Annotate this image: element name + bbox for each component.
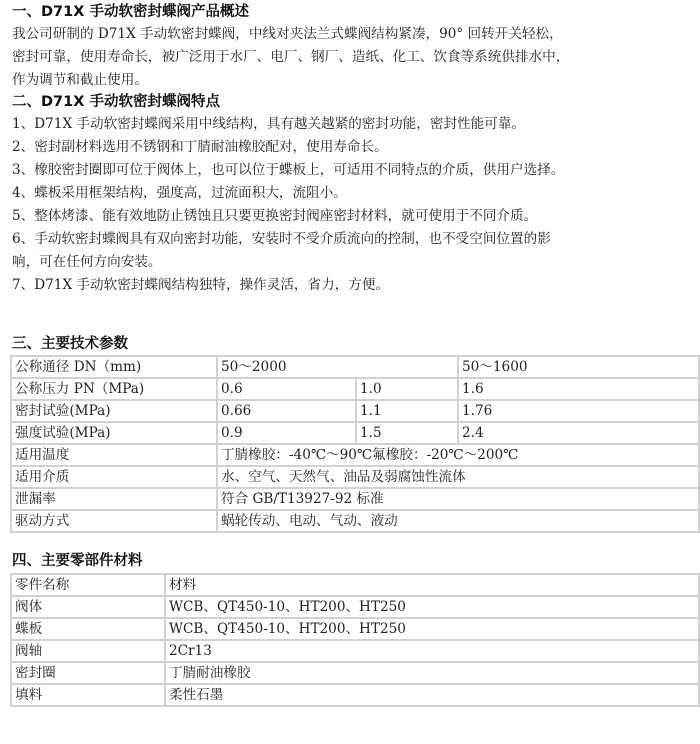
tech-params-table: 公称通径 DN（mm) 50～2000 50～1600 公称压力 PN（MPa)… bbox=[10, 355, 700, 533]
part-name: 阀轴 bbox=[11, 640, 165, 662]
param-label: 公称压力 PN（MPa) bbox=[11, 378, 217, 400]
table-header-row: 零件名称 材料 bbox=[11, 574, 699, 596]
feature-line-6: 6、手动软密封蝶阀具有双向密封功能，安装时不受介质流向的控制，也不受空间位置的影 bbox=[12, 229, 551, 249]
overview-line-2: 密封可靠，使用寿命长，被广泛用于水厂、电厂、钢厂、造纸、化工、饮食等系统供排水中… bbox=[12, 47, 569, 67]
feature-line-2: 2、密封副材料选用不锈钢和丁腈耐油橡胶配对，使用寿命长。 bbox=[12, 137, 388, 157]
part-name: 蝶板 bbox=[11, 618, 165, 640]
param-label: 强度试验(MPa) bbox=[11, 422, 217, 444]
part-name: 填料 bbox=[11, 684, 165, 706]
table-row: 适用介质 水、空气、天然气、油品及弱腐蚀性流体 bbox=[11, 466, 699, 488]
param-value: 丁腈橡胶：-40℃～90℃氟橡胶：-20℃～200℃ bbox=[217, 444, 699, 466]
feature-line-6-cont: 响，可在任何方向安装。 bbox=[12, 252, 162, 272]
param-value: 1.76 bbox=[458, 400, 699, 422]
param-value: 0.66 bbox=[217, 400, 356, 422]
param-label: 驱动方式 bbox=[11, 510, 217, 532]
table-row: 填料 柔性石墨 bbox=[11, 684, 699, 706]
part-material: 柔性石墨 bbox=[165, 684, 699, 706]
param-value: 0.6 bbox=[217, 378, 356, 400]
table-row: 阀轴 2Cr13 bbox=[11, 640, 699, 662]
part-material: WCB、QT450-10、HT200、HT250 bbox=[165, 618, 699, 640]
param-value: 1.1 bbox=[356, 400, 458, 422]
param-label: 适用介质 bbox=[11, 466, 217, 488]
feature-line-7: 7、D71X 手动软密封蝶阀结构独特，操作灵活，省力，方便。 bbox=[12, 275, 389, 295]
feature-line-3: 3、橡胶密封圈即可位于阀体上，也可以位于蝶板上，可适用不同特点的介质，供用户选择… bbox=[12, 160, 564, 180]
part-name: 阀体 bbox=[11, 596, 165, 618]
table-row: 密封试验(MPa) 0.66 1.1 1.76 bbox=[11, 400, 699, 422]
table-row: 适用温度 丁腈橡胶：-40℃～90℃氟橡胶：-20℃～200℃ bbox=[11, 444, 699, 466]
param-value: 蜗轮传动、电动、气动、液动 bbox=[217, 510, 699, 532]
param-value: 50～2000 bbox=[217, 356, 458, 378]
param-value: 2.4 bbox=[458, 422, 699, 444]
feature-line-4: 4、蝶板采用框架结构，强度高，过流面积大，流阻小。 bbox=[12, 183, 347, 203]
overview-line-3: 作为调节和截止使用。 bbox=[12, 70, 148, 90]
table-row: 泄漏率 符合 GB/T13927-92 标准 bbox=[11, 488, 699, 510]
section-4-heading: 四、主要零部件材料 bbox=[12, 551, 143, 571]
param-value: 50～1600 bbox=[458, 356, 699, 378]
param-value: 1.6 bbox=[458, 378, 699, 400]
feature-line-1: 1、D71X 手动软密封蝶阀采用中线结构，具有越关越紧的密封功能，密封性能可靠。 bbox=[12, 114, 525, 134]
param-label: 泄漏率 bbox=[11, 488, 217, 510]
part-material: WCB、QT450-10、HT200、HT250 bbox=[165, 596, 699, 618]
param-value: 0.9 bbox=[217, 422, 356, 444]
column-header-part: 零件名称 bbox=[11, 574, 165, 596]
feature-line-5: 5、整体烤漆、能有效地防止锈蚀且只要更换密封阀座密封材料，就可使用于不同介质。 bbox=[12, 206, 537, 226]
table-row: 公称压力 PN（MPa) 0.6 1.0 1.6 bbox=[11, 378, 699, 400]
param-value: 1.5 bbox=[356, 422, 458, 444]
table-row: 阀体 WCB、QT450-10、HT200、HT250 bbox=[11, 596, 699, 618]
column-header-material: 材料 bbox=[165, 574, 699, 596]
table-row: 密封圈 丁腈耐油橡胶 bbox=[11, 662, 699, 684]
param-value: 符合 GB/T13927-92 标准 bbox=[217, 488, 699, 510]
part-material: 丁腈耐油橡胶 bbox=[165, 662, 699, 684]
section-3-heading: 三、主要技术参数 bbox=[12, 334, 128, 354]
section-2-heading: 二、D71X 手动软密封蝶阀特点 bbox=[12, 92, 220, 112]
param-value: 水、空气、天然气、油品及弱腐蚀性流体 bbox=[217, 466, 699, 488]
table-row: 蝶板 WCB、QT450-10、HT200、HT250 bbox=[11, 618, 699, 640]
materials-table: 零件名称 材料 阀体 WCB、QT450-10、HT200、HT250 蝶板 W… bbox=[10, 573, 700, 707]
param-label: 密封试验(MPa) bbox=[11, 400, 217, 422]
param-value: 1.0 bbox=[356, 378, 458, 400]
section-1-heading: 一、D71X 手动软密封蝶阀产品概述 bbox=[12, 2, 249, 22]
table-row: 公称通径 DN（mm) 50～2000 50～1600 bbox=[11, 356, 699, 378]
param-label: 公称通径 DN（mm) bbox=[11, 356, 217, 378]
table-row: 强度试验(MPa) 0.9 1.5 2.4 bbox=[11, 422, 699, 444]
overview-line-1: 我公司研制的 D71X 手动软密封蝶阀，中线对夹法兰式蝶阀结构紧凑，90° 回转… bbox=[12, 24, 563, 44]
part-material: 2Cr13 bbox=[165, 640, 699, 662]
table-row: 驱动方式 蜗轮传动、电动、气动、液动 bbox=[11, 510, 699, 532]
param-label: 适用温度 bbox=[11, 444, 217, 466]
part-name: 密封圈 bbox=[11, 662, 165, 684]
